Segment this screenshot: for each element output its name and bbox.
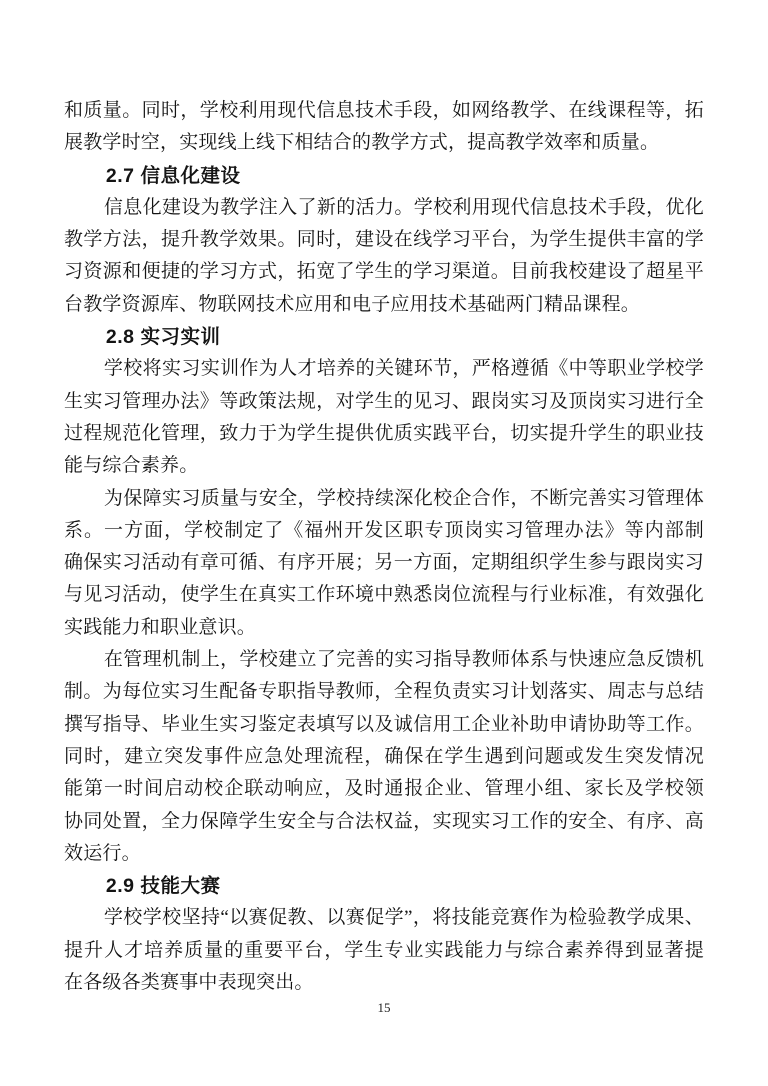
paragraph-line: 能与综合素养。: [64, 450, 704, 482]
paragraph-line: 制。为每位实习生配备专职指导教师，全程负责实习计划落实、周志与总结: [64, 676, 704, 708]
paragraph-line: 过程规范化管理，致力于为学生提供优质实践平台，切实提升学生的职业技: [64, 418, 704, 450]
paragraph-line: 生实习管理办法》等政策法规，对学生的见习、跟岗实习及顶岗实习进行全: [64, 386, 704, 418]
paragraph-line: 系。一方面，学校制定了《福州开发区职专顶岗实习管理办法》等内部制度，: [64, 515, 704, 547]
section-heading: 2.7 信息化建设: [64, 160, 704, 192]
page-content: 和质量。同时，学校利用现代信息技术手段，如网络教学、在线课程等，拓展教学时空，实…: [64, 95, 704, 999]
paragraph-line: 在各级各类赛事中表现突出。: [64, 967, 704, 999]
paragraph-line: 与见习活动，使学生在真实工作环境中熟悉岗位流程与行业标准，有效强化: [64, 579, 704, 611]
paragraph-line: 同时，建立突发事件应急处理流程，确保在学生遇到问题或发生突发情况时，: [64, 741, 704, 773]
paragraph-line: 展教学时空，实现线上线下相结合的教学方式，提高教学效率和质量。: [64, 127, 704, 159]
paragraph-line: 协同处置，全力保障学生安全与合法权益，实现实习工作的安全、有序、高: [64, 806, 704, 838]
paragraph-line: 和质量。同时，学校利用现代信息技术手段，如网络教学、在线课程等，拓: [64, 95, 704, 127]
document-page: 和质量。同时，学校利用现代信息技术手段，如网络教学、在线课程等，拓展教学时空，实…: [0, 0, 768, 1086]
paragraph-line: 为保障实习质量与安全，学校持续深化校企合作，不断完善实习管理体: [64, 483, 704, 515]
paragraph-line: 能第一时间启动校企联动响应，及时通报企业、管理小组、家长及学校领导，: [64, 773, 704, 805]
paragraph-line: 效运行。: [64, 838, 704, 870]
paragraph-line: 提升人才培养质量的重要平台，学生专业实践能力与综合素养得到显著提升，: [64, 935, 704, 967]
paragraph-line: 学校学校坚持“以赛促教、以赛促学”，将技能竞赛作为检验教学成果、: [64, 902, 704, 934]
section-heading: 2.9 技能大赛: [64, 870, 704, 902]
paragraph-line: 信息化建设为教学注入了新的活力。学校利用现代信息技术手段，优化: [64, 192, 704, 224]
page-number: 15: [0, 1000, 768, 1016]
paragraph-line: 教学方法，提升教学效果。同时，建设在线学习平台，为学生提供丰富的学: [64, 224, 704, 256]
paragraph-line: 在管理机制上，学校建立了完善的实习指导教师体系与快速应急反馈机: [64, 644, 704, 676]
paragraph-line: 确保实习活动有章可循、有序开展；另一方面，定期组织学生参与跟岗实习: [64, 547, 704, 579]
section-heading: 2.8 实习实训: [64, 321, 704, 353]
paragraph-line: 习资源和便捷的学习方式，拓宽了学生的学习渠道。目前我校建设了超星平: [64, 256, 704, 288]
paragraph-line: 实践能力和职业意识。: [64, 612, 704, 644]
paragraph-line: 台教学资源库、物联网技术应用和电子应用技术基础两门精品课程。: [64, 289, 704, 321]
paragraph-line: 撰写指导、毕业生实习鉴定表填写以及诚信用工企业补助申请协助等工作。: [64, 709, 704, 741]
paragraph-line: 学校将实习实训作为人才培养的关键环节，严格遵循《中等职业学校学: [64, 353, 704, 385]
